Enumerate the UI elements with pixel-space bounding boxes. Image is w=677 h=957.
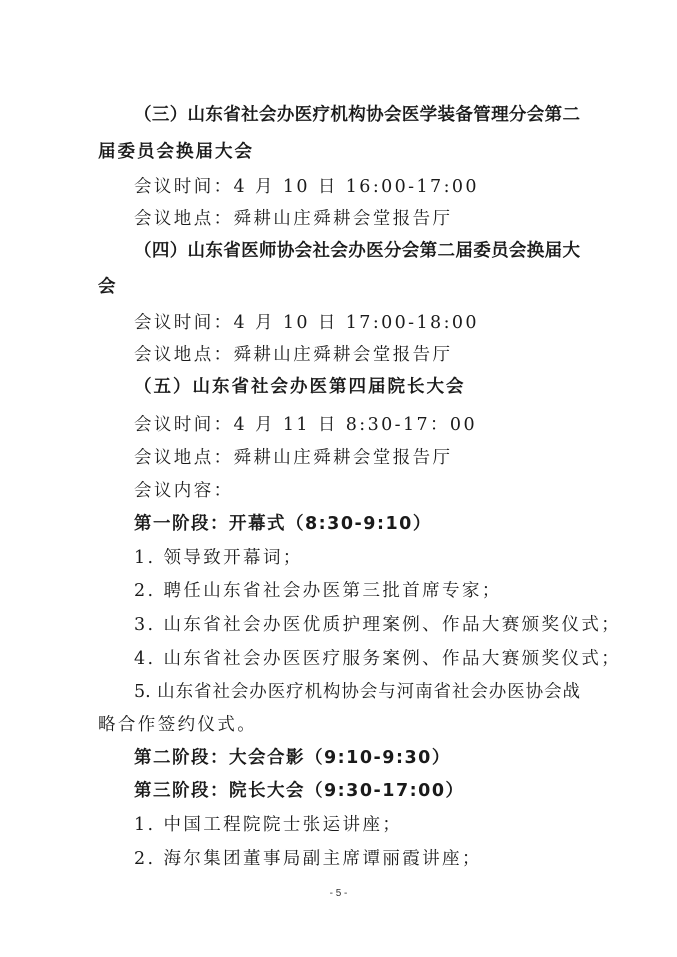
stage-2-title: 第二阶段：大会合影（9:10-9:30） [134,747,580,769]
section-4-title-cont: 会 [98,276,580,298]
section-3-title-cont: 届委员会换届大会 [98,141,580,163]
stage-1-item-1: 1. 领导致开幕词； [134,547,580,569]
section-5-place: 会议地点：舜耕山庄舜耕会堂报告厅 [134,447,580,469]
stage-3-item-1: 1. 中国工程院院士张运讲座； [134,814,580,836]
stage-1-title: 第一阶段：开幕式（8:30-9:10） [134,513,580,535]
stage-1-item-4: 4. 山东省社会办医医疗服务案例、作品大赛颁奖仪式； [134,648,580,670]
section-5-time: 会议时间：4 月 11 日 8:30-17：00 [134,414,580,436]
stage-1-item-5-cont: 略合作签约仪式。 [98,714,580,736]
page-number: - 5 - [0,888,677,899]
section-3-place: 会议地点：舜耕山庄舜耕会堂报告厅 [134,208,580,230]
section-4-time: 会议时间：4 月 10 日 17:00-18:00 [134,312,580,334]
stage-3-item-2: 2. 海尔集团董事局副主席谭丽霞讲座； [134,848,580,870]
section-4-title: （四）山东省医师协会社会办医分会第二届委员会换届大 [134,240,580,262]
section-5-content-label: 会议内容： [134,480,580,502]
section-5-title: （五）山东省社会办医第四届院长大会 [134,376,580,398]
document-page: （三）山东省社会办医疗机构协会医学装备管理分会第二 届委员会换届大会 会议时间：… [0,0,677,957]
stage-1-item-5: 5. 山东省社会办医疗机构协会与河南省社会办医协会战 [134,681,580,703]
stage-3-title: 第三阶段：院长大会（9:30-17:00） [134,780,580,802]
stage-1-item-3: 3. 山东省社会办医优质护理案例、作品大赛颁奖仪式； [134,614,580,636]
section-3-title: （三）山东省社会办医疗机构协会医学装备管理分会第二 [134,104,580,126]
section-4-place: 会议地点：舜耕山庄舜耕会堂报告厅 [134,344,580,366]
stage-1-item-2: 2. 聘任山东省社会办医第三批首席专家； [134,580,580,602]
section-3-time: 会议时间：4 月 10 日 16:00-17:00 [134,176,580,198]
